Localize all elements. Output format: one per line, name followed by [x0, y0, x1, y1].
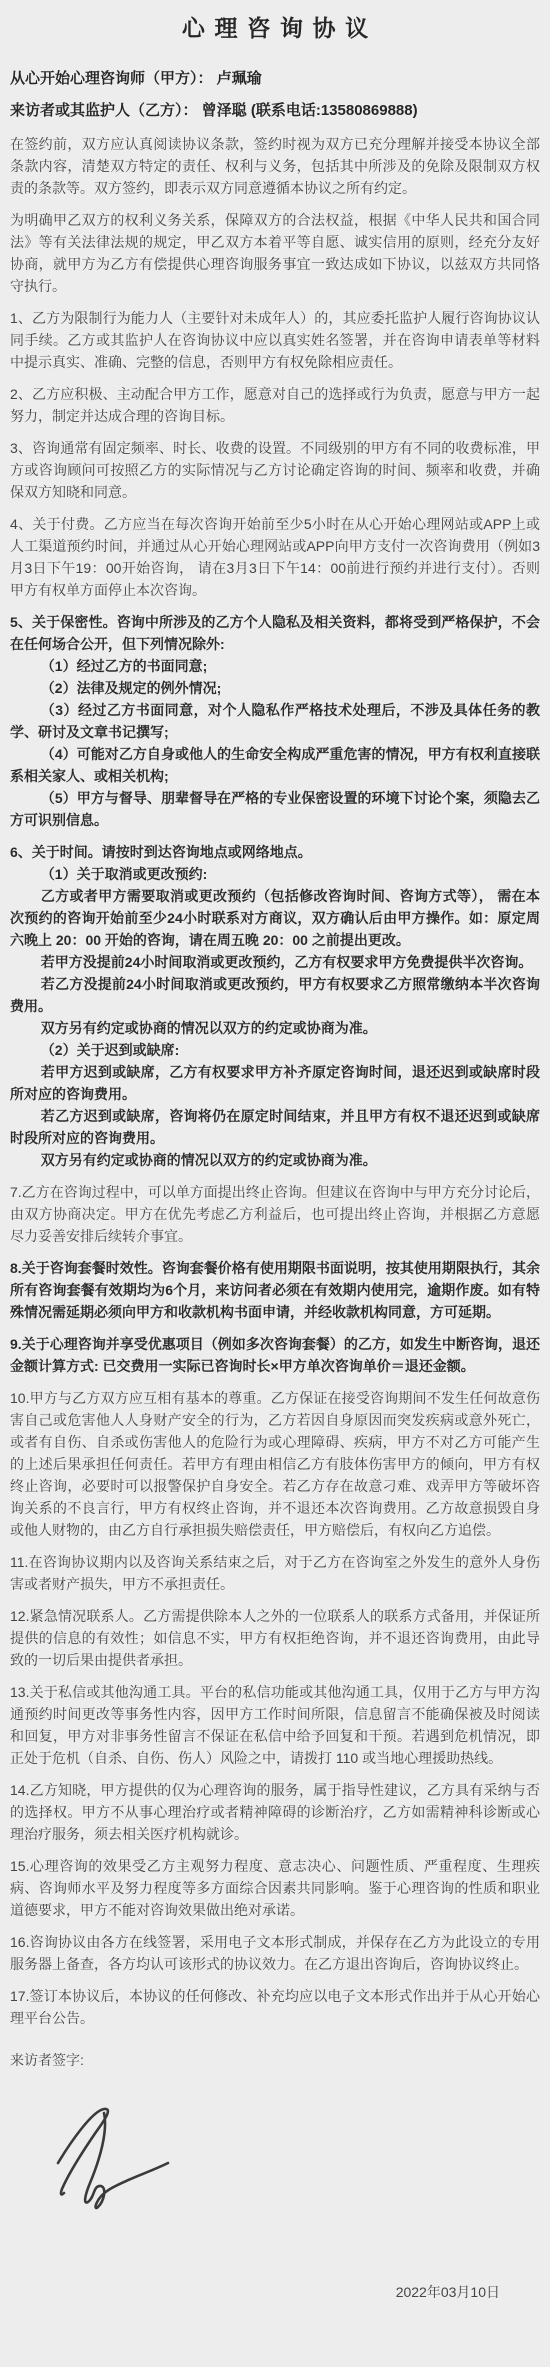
page-title: 心理咨询协议	[10, 10, 540, 43]
party-b-line: 来访者或其监护人（乙方）： 曾泽聪 (联系电话:13580869888)	[10, 95, 540, 127]
paragraph: 16.咨询协议由各方在线签署，采用电子文本形式制成，并保存在乙方为此设立的专用服…	[10, 1931, 540, 1975]
signature-block: 来访者签字:	[10, 2049, 540, 2219]
paragraph: 若乙方迟到或缺席，咨询将仍在原定时间结束，并且甲方有权不退还迟到或缺席时段所对应…	[10, 1105, 540, 1149]
paragraph: 1、乙方为限制行为能力人（主要针对未成年人）的，其应委托监护人履行咨询协议认同手…	[10, 307, 540, 373]
paragraph: 10.甲方与乙方双方应互相有基本的尊重。乙方保证在接受咨询期间不发生任何故意伤害…	[10, 1387, 540, 1541]
paragraph: 6、关于时间。请按时到达咨询地点或网络地点。	[10, 841, 540, 863]
paragraph: （2）关于迟到或缺席:	[10, 1039, 540, 1061]
paragraph: 若甲方没提前24小时间取消或更改预约，乙方有权要求甲方免费提供半次咨询。	[10, 951, 540, 973]
paragraph: （3）经过乙方书面同意，对个人隐私作严格技术处理后，不涉及具体任务的教学、研讨及…	[10, 699, 540, 743]
paragraph: 12.紧急情况联系人。乙方需提供除本人之外的一位联系人的联系方式备用，并保证所提…	[10, 1605, 540, 1671]
paragraph: 9.关于心理咨询并享受优惠项目（例如多次咨询套餐）的乙方，如发生中断咨询，退还金…	[10, 1333, 540, 1377]
paragraph: （5）甲方与督导、朋辈督导在严格的专业保密设置的环境下讨论个案，须隐去乙方可识别…	[10, 787, 540, 831]
agreement-document: 心理咨询协议 从心开始心理咨询师（甲方）： 卢珮瑜 来访者或其监护人（乙方）： …	[0, 0, 550, 2367]
signature-scribble	[52, 2099, 202, 2219]
paragraph: 3、咨询通常有固定频率、时长、收费的设置。不同级别的甲方有不同的收费标准，甲方或…	[10, 437, 540, 503]
signature-label: 来访者签字:	[10, 2049, 540, 2071]
paragraph: （1）关于取消或更改预约:	[10, 863, 540, 885]
paragraph: （4）可能对乙方自身或他人的生命安全构成严重危害的情况，甲方有权利直接联系相关家…	[10, 743, 540, 787]
paragraph: 15.心理咨询的效果受乙方主观努力程度、意志决心、问题性质、严重程度、生理疾病、…	[10, 1855, 540, 1921]
paragraph: 在签约前，双方应认真阅读协议条款，签约时视为双方已充分理解并接受本协议全部条款内…	[10, 133, 540, 199]
paragraph: 8.关于咨询套餐时效性。咨询套餐价格有使用期限书面说明，按其使用期限执行，其余所…	[10, 1257, 540, 1323]
date-line: 2022年03月10日	[10, 2281, 500, 2367]
paragraph: 17.签订本协议后，本协议的任何修改、补充均应以电子文本形式作出并于从心开始心理…	[10, 1985, 540, 2029]
paragraph: 5、关于保密性。咨询中所涉及的乙方个人隐私及相关资料，都将受到严格保护，不会在任…	[10, 611, 540, 655]
paragraph: （1）经过乙方的书面同意;	[10, 655, 540, 677]
party-a-line: 从心开始心理咨询师（甲方）： 卢珮瑜	[10, 63, 540, 95]
paragraphs: 在签约前，双方应认真阅读协议条款，签约时视为双方已充分理解并接受本协议全部条款内…	[10, 133, 540, 2029]
paragraph: 4、关于付费。乙方应当在每次咨询开始前至少5小时在从心开始心理网站或APP上或人…	[10, 513, 540, 601]
paragraph: （2）法律及规定的例外情况;	[10, 677, 540, 699]
paragraph: 双方另有约定或协商的情况以双方的约定或协商为准。	[10, 1017, 540, 1039]
paragraph: 若甲方迟到或缺席，乙方有权要求甲方补齐原定咨询时间，退还迟到或缺席时段所对应的咨…	[10, 1061, 540, 1105]
paragraph: 双方另有约定或协商的情况以双方的约定或协商为准。	[10, 1149, 540, 1171]
paragraph: 7.乙方在咨询过程中，可以单方面提出终止咨询。但建议在咨询中与甲方充分讨论后，由…	[10, 1181, 540, 1247]
paragraph: 为明确甲乙双方的权利义务关系，保障双方的合法权益，根据《中华人民共和国合同法》等…	[10, 209, 540, 297]
paragraph: 14.乙方知晓，甲方提供的仅为心理咨询的服务，属于指导性建议，乙方具有采纳与否的…	[10, 1779, 540, 1845]
paragraph: 11.在咨询协议期内以及咨询关系结束之后，对于乙方在咨询室之外发生的意外人身伤害…	[10, 1551, 540, 1595]
paragraph: 13.关于私信或其他沟通工具。平台的私信功能或其他沟通工具，仅用于乙方与甲方沟通…	[10, 1681, 540, 1769]
paragraph: 乙方或者甲方需要取消或更改预约（包括修改咨询时间、咨询方式等）， 需在本次预约的…	[10, 885, 540, 951]
paragraph: 2、乙方应积极、主动配合甲方工作，愿意对自己的选择或行为负责，愿意与甲方一起努力…	[10, 383, 540, 427]
paragraph: 若乙方没提前24小时间取消或更改预约，甲方有权要求乙方照常缴纳本半次咨询费用。	[10, 973, 540, 1017]
